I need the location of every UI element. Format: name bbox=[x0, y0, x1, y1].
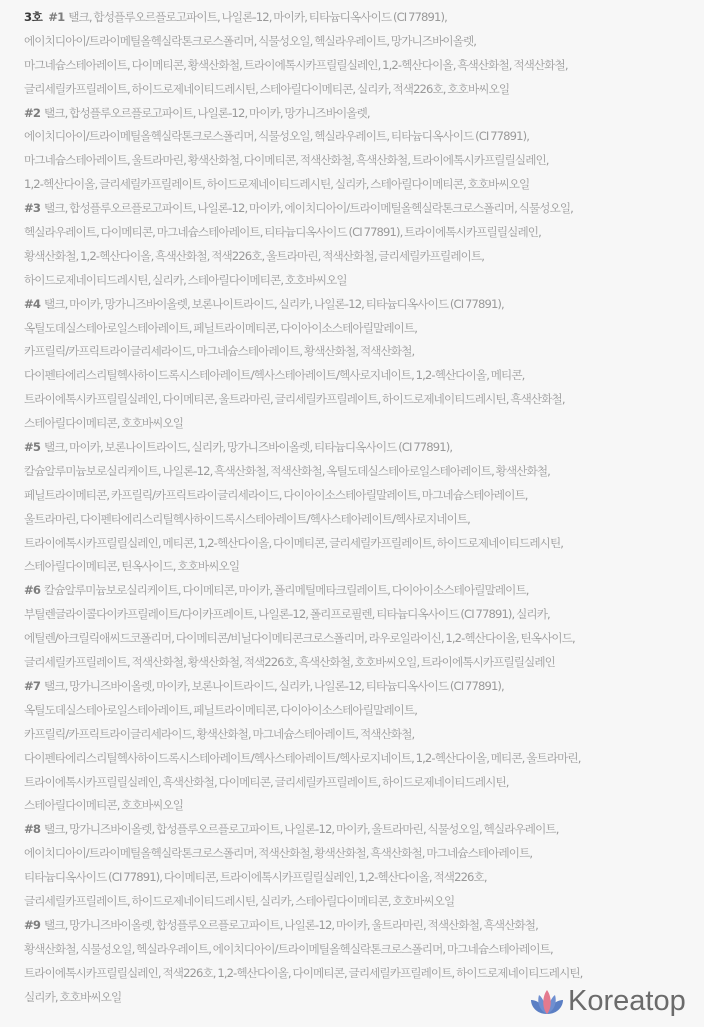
ingredient-text: 황색산화철, 식물성오일, 헥실라우레이트, 에이치디아이/트라이메틸올헥실락톤… bbox=[24, 942, 553, 956]
ingredient-text: 탤크, 합성플루오르플로고파이트, 나일론-12, 마이카, 티타늄디옥사이드 … bbox=[68, 10, 447, 24]
ingredient-text: 에이치디아이/트라이메틸올헥실락톤크로스폴리머, 적색산화철, 황색산화철, 흑… bbox=[24, 846, 532, 860]
ingredient-line: 다이펜타에리스리틸헥사하이드록시스테아레이트/헥사스테아레이트/헥사로지네이트,… bbox=[24, 364, 696, 388]
ingredient-line: 스테아릴다이메티콘, 호호바씨오일 bbox=[24, 794, 696, 818]
ingredient-text: 마그네슘스테아레이트, 다이메티콘, 황색산화철, 트라이에톡시카프릴릴실레인,… bbox=[24, 58, 568, 72]
shade-entry-start: #8탤크, 망가니즈바이올렛, 합성플루오르플로고파이트, 나일론-12, 마이… bbox=[24, 818, 696, 842]
ingredient-text: 탤크, 망가니즈바이올렛, 마이카, 보론나이트라이드, 실리카, 나일론-12… bbox=[44, 679, 504, 693]
shade-entry-start: #2탤크, 합성플루오르플로고파이트, 나일론-12, 마이카, 망가니즈바이올… bbox=[24, 102, 696, 126]
ingredient-line: 1,2-헥산다이올, 글리세릴카프릴레이트, 하이드로제네이티드레시틴, 실리카… bbox=[24, 173, 696, 197]
variant-number: #9 bbox=[24, 918, 40, 932]
ingredient-text: 부틸렌글라이콜다이카프릴레이트/다이카프레이트, 나일론-12, 폴리프로필렌,… bbox=[24, 607, 550, 621]
ingredient-line: 에이치디아이/트라이메틸올헥실락톤크로스폴리머, 식물성오일, 헥실라우레이트,… bbox=[24, 30, 696, 54]
ingredient-text: 칼슘알루미늄보로실리케이트, 나일론-12, 흑색산화철, 적색산화철, 옥틸도… bbox=[24, 464, 550, 478]
ingredient-line: 스테아릴다이메티콘, 틴옥사이드, 호호바씨오일 bbox=[24, 555, 696, 579]
ingredient-text: 헥실라우레이트, 다이메티콘, 마그네슘스테아레이트, 티타늄디옥사이드 (CI… bbox=[24, 225, 541, 239]
variant-number: #5 bbox=[24, 440, 40, 454]
ingredient-line: 옥틸도데실스테아로일스테아레이트, 페닐트라이메티콘, 다이아이소스테아릴말레이… bbox=[24, 317, 696, 341]
shade-entry-start: #3탤크, 합성플루오르플로고파이트, 나일론-12, 마이카, 에이치디아이/… bbox=[24, 197, 696, 221]
ingredient-text: 스테아릴다이메티콘, 호호바씨오일 bbox=[24, 798, 183, 812]
ingredient-line: 옥틸도데실스테아로일스테아레이트, 페닐트라이메티콘, 다이아이소스테아릴말레이… bbox=[24, 699, 696, 723]
ingredient-line: 다이펜타에리스리틸헥사하이드록시스테아레이트/헥사스테아레이트/헥사로지네이트,… bbox=[24, 747, 696, 771]
ingredient-text: 탤크, 합성플루오르플로고파이트, 나일론-12, 마이카, 망가니즈바이올렛, bbox=[44, 106, 370, 120]
ingredient-text: 티타늄디옥사이드 (CI 77891), 다이메티콘, 트라이에톡시카프릴릴실레… bbox=[24, 870, 487, 884]
variant-number: #6 bbox=[24, 583, 40, 597]
ingredient-text: 에틸렌/아크릴릭애씨드코폴리머, 다이메티콘/비닐다이메티콘크로스폴리머, 라우… bbox=[24, 631, 575, 645]
ingredient-text: 트라이에톡시카프릴릴실레인, 다이메티콘, 울트라마린, 글리세릴카프릴레이트,… bbox=[24, 392, 565, 406]
ingredient-line: 황색산화철, 1,2-헥산다이올, 흑색산화철, 적색226호, 울트라마린, … bbox=[24, 245, 696, 269]
lotus-icon bbox=[530, 988, 564, 1016]
ingredient-text: 마그네슘스테아레이트, 울트라마린, 황색산화철, 다이메티콘, 적색산화철, … bbox=[24, 153, 549, 167]
ingredient-text: 하이드로제네이티드레시틴, 실리카, 스테아릴다이메티콘, 호호바씨오일 bbox=[24, 273, 347, 287]
variant-number: #8 bbox=[24, 822, 40, 836]
ingredient-line: 트라이에톡시카프릴릴실레인, 다이메티콘, 울트라마린, 글리세릴카프릴레이트,… bbox=[24, 388, 696, 412]
koreatop-watermark: Koreatop bbox=[530, 985, 686, 1018]
ingredient-line: 티타늄디옥사이드 (CI 77891), 다이메티콘, 트라이에톡시카프릴릴실레… bbox=[24, 866, 696, 890]
ingredient-line: 스테아릴다이메티콘, 호호바씨오일 bbox=[24, 412, 696, 436]
ingredient-line: 페닐트라이메티콘, 카프릴릭/카프릭트라이글리세라이드, 다이아이소스테아릴말레… bbox=[24, 484, 696, 508]
ingredient-line: 글리세릴카프릴레이트, 하이드로제네이티드레시틴, 실리카, 스테아릴다이메티콘… bbox=[24, 890, 696, 914]
ingredient-line: 카프릴릭/카프릭트라이글리세라이드, 마그네슘스테아레이트, 황색산화철, 적색… bbox=[24, 340, 696, 364]
ingredient-line: 트라이에톡시카프릴릴실레인, 흑색산화철, 다이메티콘, 글리세릴카프릴레이트,… bbox=[24, 771, 696, 795]
ingredient-text: 트라이에톡시카프릴릴실레인, 적색226호, 1,2-헥산다이올, 다이메티콘,… bbox=[24, 966, 582, 980]
ingredient-line: 부틸렌글라이콜다이카프릴레이트/다이카프레이트, 나일론-12, 폴리프로필렌,… bbox=[24, 603, 696, 627]
ingredient-text: 울트라마린, 다이펜타에리스리틸헥사하이드록시스테아레이트/헥사스테아레이트/헥… bbox=[24, 512, 470, 526]
ingredient-line: 글리세릴카프릴레이트, 하이드로제네이티드레시틴, 스테아릴다이메티콘, 실리카… bbox=[24, 78, 696, 102]
ingredient-text: 다이펜타에리스리틸헥사하이드록시스테아레이트/헥사스테아레이트/헥사로지네이트,… bbox=[24, 751, 581, 765]
ingredient-line: 카프릴릭/카프릭트라이글리세라이드, 황색산화철, 마그네슘스테아레이트, 적색… bbox=[24, 723, 696, 747]
shade-label: 3호 bbox=[24, 10, 42, 24]
ingredient-line: 하이드로제네이티드레시틴, 실리카, 스테아릴다이메티콘, 호호바씨오일 bbox=[24, 269, 696, 293]
ingredient-text: 칼슘알루미늄보로실리케이트, 다이메티콘, 마이카, 폴리메틸메타크릴레이트, … bbox=[44, 583, 529, 597]
ingredient-line: 에틸렌/아크릴릭애씨드코폴리머, 다이메티콘/비닐다이메티콘크로스폴리머, 라우… bbox=[24, 627, 696, 651]
ingredient-line: 에이치디아이/트라이메틸올헥실락톤크로스폴리머, 식물성오일, 헥실라우레이트,… bbox=[24, 125, 696, 149]
ingredient-text: 카프릴릭/카프릭트라이글리세라이드, 마그네슘스테아레이트, 황색산화철, 적색… bbox=[24, 344, 414, 358]
variant-number: #7 bbox=[24, 679, 40, 693]
ingredient-text: 카프릴릭/카프릭트라이글리세라이드, 황색산화철, 마그네슘스테아레이트, 적색… bbox=[24, 727, 414, 741]
ingredient-text: 황색산화철, 1,2-헥산다이올, 흑색산화철, 적색226호, 울트라마린, … bbox=[24, 249, 484, 263]
ingredient-line: 글리세릴카프릴레이트, 적색산화철, 황색산화철, 적색226호, 흑색산화철,… bbox=[24, 651, 696, 675]
ingredient-line: 마그네슘스테아레이트, 울트라마린, 황색산화철, 다이메티콘, 적색산화철, … bbox=[24, 149, 696, 173]
variant-number: #4 bbox=[24, 297, 40, 311]
ingredient-line: 황색산화철, 식물성오일, 헥실라우레이트, 에이치디아이/트라이메틸올헥실락톤… bbox=[24, 938, 696, 962]
shade-entry-start: #9탤크, 망가니즈바이올렛, 합성플루오르플로고파이트, 나일론-12, 마이… bbox=[24, 914, 696, 938]
ingredient-text: 스테아릴다이메티콘, 틴옥사이드, 호호바씨오일 bbox=[24, 559, 239, 573]
ingredient-text: 탤크, 마이카, 보론나이트라이드, 실리카, 망가니즈바이올렛, 티타늄디옥사… bbox=[44, 440, 452, 454]
watermark-text: Koreatop bbox=[568, 985, 686, 1018]
ingredient-text: 다이펜타에리스리틸헥사하이드록시스테아레이트/헥사스테아레이트/헥사로지네이트,… bbox=[24, 368, 524, 382]
ingredient-text: 탤크, 망가니즈바이올렛, 합성플루오르플로고파이트, 나일론-12, 마이카,… bbox=[44, 822, 559, 836]
ingredient-text: 트라이에톡시카프릴릴실레인, 흑색산화철, 다이메티콘, 글리세릴카프릴레이트,… bbox=[24, 775, 509, 789]
ingredient-text: 에이치디아이/트라이메틸올헥실락톤크로스폴리머, 식물성오일, 헥실라우레이트,… bbox=[24, 129, 529, 143]
ingredient-text: 1,2-헥산다이올, 글리세릴카프릴레이트, 하이드로제네이티드레시틴, 실리카… bbox=[24, 177, 529, 191]
shade-entry-start: #4탤크, 마이카, 망가니즈바이올렛, 보론나이트라이드, 실리카, 나일론-… bbox=[24, 293, 696, 317]
shade-entry-start: 3호#1탤크, 합성플루오르플로고파이트, 나일론-12, 마이카, 티타늄디옥… bbox=[24, 6, 696, 30]
ingredient-line: 마그네슘스테아레이트, 다이메티콘, 황색산화철, 트라이에톡시카프릴릴실레인,… bbox=[24, 54, 696, 78]
variant-number: #1 bbox=[48, 10, 64, 24]
ingredient-text: 트라이에톡시카프릴릴실레인, 메티콘, 1,2-헥산다이올, 다이메티콘, 글리… bbox=[24, 536, 563, 550]
variant-number: #3 bbox=[24, 201, 40, 215]
ingredient-line: 헥실라우레이트, 다이메티콘, 마그네슘스테아레이트, 티타늄디옥사이드 (CI… bbox=[24, 221, 696, 245]
ingredient-text: 페닐트라이메티콘, 카프릴릭/카프릭트라이글리세라이드, 다이아이소스테아릴말레… bbox=[24, 488, 528, 502]
ingredient-line: 트라이에톡시카프릴릴실레인, 메티콘, 1,2-헥산다이올, 다이메티콘, 글리… bbox=[24, 532, 696, 556]
shade-entry-start: #6칼슘알루미늄보로실리케이트, 다이메티콘, 마이카, 폴리메틸메타크릴레이트… bbox=[24, 579, 696, 603]
ingredient-text: 글리세릴카프릴레이트, 적색산화철, 황색산화철, 적색226호, 흑색산화철,… bbox=[24, 655, 555, 669]
ingredient-line: 에이치디아이/트라이메틸올헥실락톤크로스폴리머, 적색산화철, 황색산화철, 흑… bbox=[24, 842, 696, 866]
ingredient-line: 칼슘알루미늄보로실리케이트, 나일론-12, 흑색산화철, 적색산화철, 옥틸도… bbox=[24, 460, 696, 484]
ingredient-text: 글리세릴카프릴레이트, 하이드로제네이티드레시틴, 실리카, 스테아릴다이메티콘… bbox=[24, 894, 454, 908]
ingredient-text: 탤크, 마이카, 망가니즈바이올렛, 보론나이트라이드, 실리카, 나일론-12… bbox=[44, 297, 504, 311]
ingredient-line: 트라이에톡시카프릴릴실레인, 적색226호, 1,2-헥산다이올, 다이메티콘,… bbox=[24, 962, 696, 986]
ingredient-text: 탤크, 합성플루오르플로고파이트, 나일론-12, 마이카, 에이치디아이/트라… bbox=[44, 201, 573, 215]
ingredient-text: 탤크, 망가니즈바이올렛, 합성플루오르플로고파이트, 나일론-12, 마이카,… bbox=[44, 918, 538, 932]
ingredient-text: 옥틸도데실스테아로일스테아레이트, 페닐트라이메티콘, 다이아이소스테아릴말레이… bbox=[24, 321, 417, 335]
ingredient-text: 스테아릴다이메티콘, 호호바씨오일 bbox=[24, 416, 183, 430]
shade-entry-start: #5탤크, 마이카, 보론나이트라이드, 실리카, 망가니즈바이올렛, 티타늄디… bbox=[24, 436, 696, 460]
ingredient-text: 에이치디아이/트라이메틸올헥실락톤크로스폴리머, 식물성오일, 헥실라우레이트,… bbox=[24, 34, 476, 48]
ingredient-list: 3호#1탤크, 합성플루오르플로고파이트, 나일론-12, 마이카, 티타늄디옥… bbox=[24, 6, 696, 1009]
ingredient-line: 울트라마린, 다이펜타에리스리틸헥사하이드록시스테아레이트/헥사스테아레이트/헥… bbox=[24, 508, 696, 532]
shade-entry-start: #7탤크, 망가니즈바이올렛, 마이카, 보론나이트라이드, 실리카, 나일론-… bbox=[24, 675, 696, 699]
variant-number: #2 bbox=[24, 106, 40, 120]
ingredient-text: 글리세릴카프릴레이트, 하이드로제네이티드레시틴, 스테아릴다이메티콘, 실리카… bbox=[24, 82, 509, 96]
ingredient-text: 실리카, 호호바씨오일 bbox=[24, 990, 121, 1004]
ingredient-text: 옥틸도데실스테아로일스테아레이트, 페닐트라이메티콘, 다이아이소스테아릴말레이… bbox=[24, 703, 417, 717]
